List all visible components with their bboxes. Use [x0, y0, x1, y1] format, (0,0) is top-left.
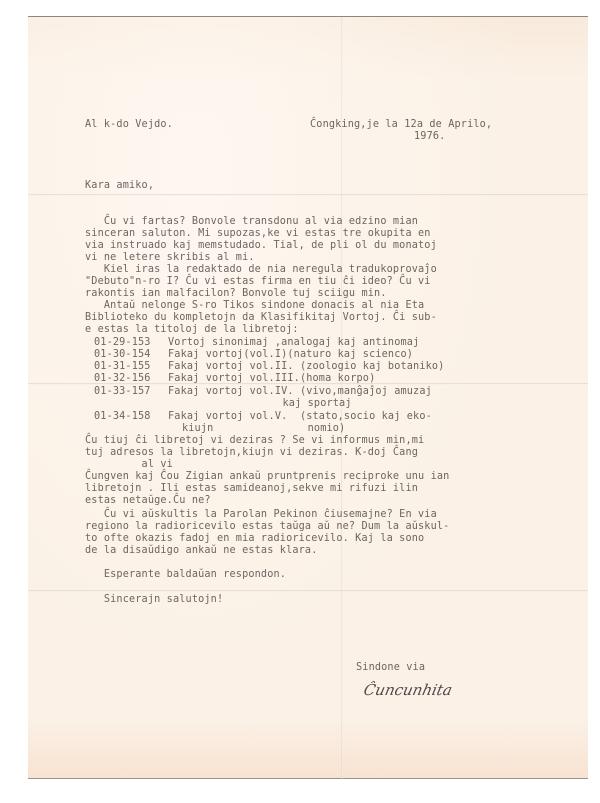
booklet-title: Fakaj vortoj vol.V. (stato,socio kaj eko… [168, 411, 432, 423]
closing-hope: Esperante baldaŭan respondon. [85, 569, 286, 581]
handwritten-signature: Ĉuncunhita [362, 681, 454, 699]
salutation: Kara amiko, [85, 180, 154, 192]
booklet-title: Fakaj vortoj(vol.I)(naturo kaj scienco) [168, 349, 413, 361]
booklet-title: Fakaj vortoj vol.III.(homa korpo) [168, 373, 375, 385]
booklet-code: 01-33-157 [94, 386, 151, 398]
booklet-title: Vortoj sinonimaj ,analogaj kaj antinomaj [168, 337, 419, 349]
sign-off: Sindone via [356, 662, 425, 674]
closing-greetings: Sincerajn salutojn! [85, 594, 223, 606]
booklet-code: 01-32-156 [94, 373, 151, 385]
booklet-code: 01-30-154 [94, 349, 151, 361]
place-date-line: Ĉongking,je la 12a de Aprilo, [310, 119, 492, 131]
fold-line-horizontal [28, 590, 588, 592]
booklet-title: Fakaj vortoj vol.IV. (vivo,manĝaĵoj amuz… [168, 386, 432, 398]
booklet-title: Fakaj vortoj vol.II. (zoologio kaj botan… [168, 361, 444, 373]
letter-paper: Al k-do Vejdo. Ĉongking,je la 12a de Apr… [28, 16, 588, 779]
booklet-title-continuation: kiujn nomio) [94, 423, 345, 435]
fold-line-horizontal [28, 194, 588, 196]
booklet-code: 01-31-155 [94, 361, 151, 373]
booklet-code: 01-34-158 [94, 411, 151, 423]
booklet-title-continuation: kaj sportaj [94, 398, 352, 410]
booklet-code: 01-29-153 [94, 337, 151, 349]
date-year: 1976. [414, 131, 445, 143]
recipient-line: Al k-do Vejdo. [85, 119, 173, 131]
